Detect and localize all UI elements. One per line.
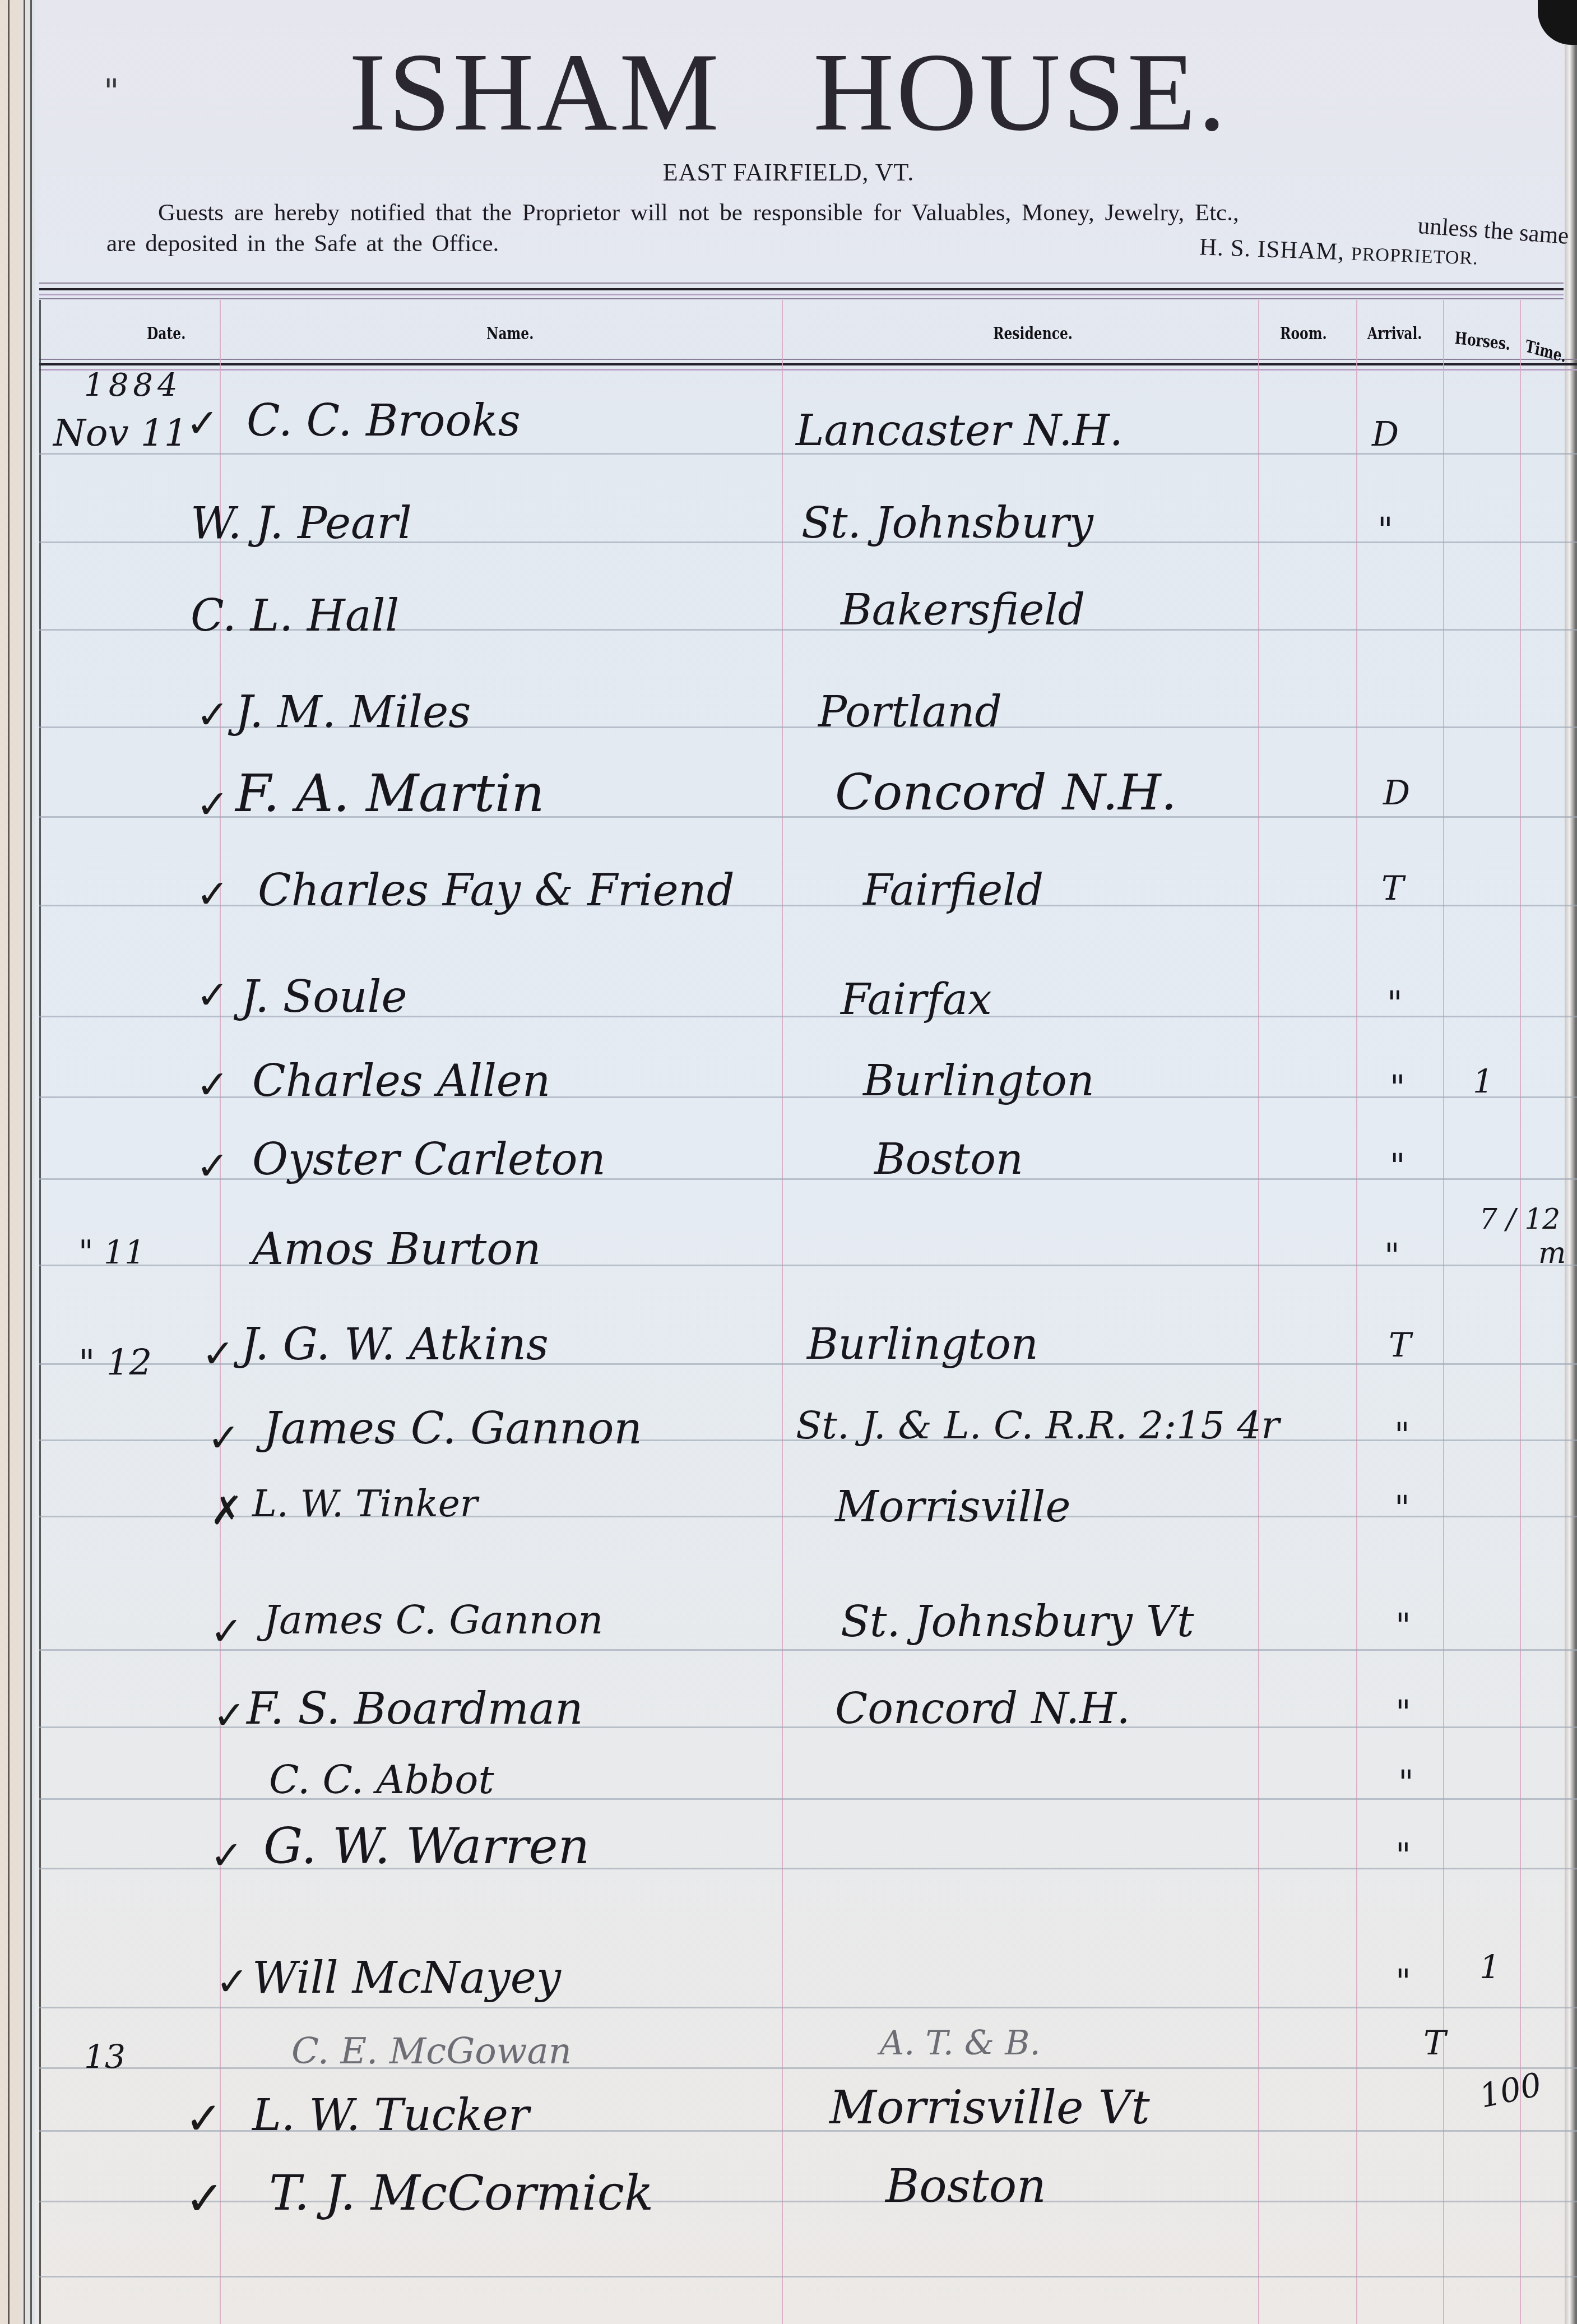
column-divider [39, 300, 41, 2324]
entry-residence: Fairfield [863, 869, 1043, 911]
entry-date: " 12 [78, 1345, 152, 1381]
register-header: " ISHAM HOUSE. EAST FAIRFIELD, VT. Guest… [0, 0, 1577, 291]
entry-residence: Fairfax [841, 978, 992, 1021]
entry-arrival: " [1395, 1839, 1411, 1872]
entry-name: W. J. Pearl [191, 502, 412, 545]
entry-name: J. G. W. Atkins [241, 1323, 549, 1367]
entry-arrival: " [1395, 1965, 1411, 1998]
entry-arrival: " [1394, 1418, 1410, 1452]
proprietor-title: PROPRIETOR. [1351, 244, 1478, 269]
entry-name: Will McNayey [252, 1956, 561, 2000]
entry-arrival: D [1383, 776, 1410, 810]
checkmark-icon: ✓ [196, 1065, 229, 1104]
cross-mark-icon: ✗ [210, 1491, 243, 1530]
entry-residence: Burlington [807, 1323, 1038, 1365]
entry-name: F. S. Boardman [247, 1687, 583, 1731]
entry-residence: Concord N.H. [835, 1687, 1130, 1730]
column-header-rule [39, 369, 1577, 371]
hotel-title: ISHAM HOUSE. [0, 36, 1577, 149]
entry-arrival: " [1395, 1696, 1411, 1729]
checkmark-icon: ✓ [216, 1962, 249, 2001]
entry-residence: Burlington [863, 1059, 1094, 1102]
column-header-residence: Residence. [993, 324, 1073, 344]
entry-residence: Morrisville Vt [829, 2085, 1150, 2131]
column-divider [1356, 300, 1357, 2324]
proprietor-name: H. S. ISHAM, [1199, 234, 1345, 265]
checkmark-icon: ✓ [213, 1696, 246, 1735]
entry-arrival: " [1395, 1609, 1411, 1642]
checkmark-icon: ✓ [207, 1418, 240, 1457]
column-header-rule [39, 359, 1577, 360]
register-year: 1884 [84, 370, 182, 401]
entry-arrival: " [1384, 1239, 1400, 1272]
entry-date: " 11 [78, 1236, 145, 1269]
entry-arrival: T [1381, 872, 1404, 905]
entry-name: C. C. Abbot [269, 1760, 494, 1799]
entry-residence: Morrisville [835, 1485, 1070, 1528]
entry-date: 13 [84, 2040, 126, 2073]
entry-residence: Bakersfield [841, 589, 1085, 631]
entry-name: L. W. Tinker [252, 1485, 477, 1522]
entry-name: Amos Burton [252, 1228, 541, 1271]
entry-residence: St. J. & L. C. R.R. 2:15 4r [796, 1407, 1279, 1445]
entry-arrival: " [1390, 1071, 1406, 1104]
entry-arrival: " [1387, 987, 1403, 1020]
checkmark-icon: ✓ [196, 695, 229, 734]
column-divider [1520, 300, 1521, 2324]
entry-name: C. E. McGowan [291, 2034, 572, 2070]
notice-line-2: are deposited in the Safe at the Office. [106, 230, 499, 257]
entry-name: J. Soule [241, 975, 407, 1019]
entry-residence: St. Johnsbury [801, 502, 1093, 544]
entry-name: F. A. Martin [235, 768, 545, 820]
entry-arrival: " [1377, 513, 1393, 547]
entry-arrival: D [1372, 418, 1399, 451]
entry-arrival: " [1394, 1491, 1410, 1525]
checkmark-icon: ✓ [196, 1146, 229, 1186]
entry-horses: 1 [1473, 1065, 1493, 1098]
column-header-time: Time. [1524, 336, 1567, 367]
entry-name: T. J. McCormick [269, 2169, 653, 2217]
column-header-horses: Horses. [1454, 328, 1511, 354]
entry-name: Charles Allen [252, 1059, 550, 1103]
checkmark-icon: ✓ [185, 2175, 224, 2222]
entry-arrival: " [1398, 1766, 1414, 1799]
header-rule [39, 283, 1564, 284]
checkmark-icon: ✓ [196, 975, 229, 1015]
column-header-room: Room. [1280, 324, 1327, 344]
checkmark-icon: ✓ [196, 785, 229, 824]
entry-name: James C. Gannon [263, 1407, 642, 1451]
column-header-arrival: Arrival. [1367, 324, 1422, 344]
entry-horses: 1 [1479, 1951, 1500, 1983]
column-header-name: Name. [486, 324, 534, 344]
entry-name: J. M. Miles [235, 691, 471, 734]
column-divider [782, 300, 783, 2324]
entry-residence: St. Johnsbury Vt [841, 1600, 1194, 1643]
checkmark-icon: ✓ [196, 874, 229, 914]
hotel-location: EAST FAIRFIELD, VT. [0, 158, 1577, 187]
register-page: " ISHAM HOUSE. EAST FAIRFIELD, VT. Guest… [0, 0, 1577, 2324]
entry-name: Oyster Carleton [252, 1138, 606, 1182]
checkmark-icon: ✓ [210, 1612, 243, 1651]
column-divider [1443, 300, 1444, 2324]
entry-residence: Concord N.H. [835, 768, 1177, 817]
header-rule [39, 294, 1564, 295]
book-binding [0, 0, 35, 2324]
header-rule [39, 298, 1564, 299]
entry-residence: Portland [818, 691, 1002, 733]
entry-arrival: " [1390, 1149, 1406, 1183]
entry-horses: 7 / 12 [1479, 1205, 1560, 1233]
column-header-rule [39, 363, 1577, 365]
entry-residence: Boston [885, 2164, 1046, 2210]
entry-residence: A. T. & B. [880, 2026, 1040, 2060]
entry-horses: 100 [1477, 2068, 1544, 2113]
checkmark-icon: ✓ [185, 2096, 222, 2141]
entry-date: Nov 11 [53, 415, 188, 452]
entry-name: C. L. Hall [191, 594, 399, 638]
column-header-date: Date. [147, 324, 185, 344]
entry-arrival: T [1423, 2026, 1446, 2060]
entry-name: G. W. Warren [263, 1822, 590, 1871]
entry-residence: Lancaster N.H. [796, 409, 1123, 452]
checkmark-icon: ✓ [210, 1836, 243, 1875]
header-rule [39, 288, 1564, 290]
checkmark-icon: ✓ [186, 404, 219, 443]
entry-name: C. C. Brooks [247, 399, 521, 443]
entry-name: James C. Gannon [263, 1600, 603, 1640]
entry-name: L. W. Tucker [252, 2094, 529, 2137]
entry-name: Charles Fay & Friend [258, 869, 735, 913]
entry-residence: Boston [874, 1138, 1023, 1180]
notice-line-1: Guests are hereby notified that the Prop… [158, 199, 1239, 226]
entry-arrival: T [1389, 1328, 1411, 1362]
entry-time: m [1538, 1239, 1566, 1268]
checkmark-icon: ✓ [202, 1334, 235, 1373]
column-divider [1258, 300, 1259, 2324]
